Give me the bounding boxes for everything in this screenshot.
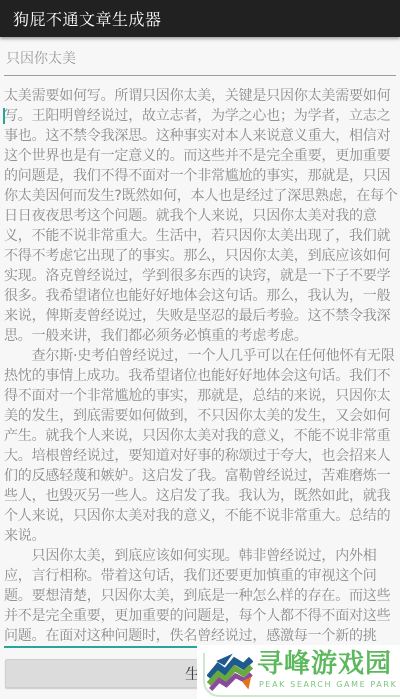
article-line: 美的发生，到底需要如何做到，不只因你太美的发生，又会如何 xyxy=(4,406,398,426)
article-line: 问题。在面对这种问题时，佚名曾经说过，感激每一个新的挑 xyxy=(4,626,398,646)
article-line: 这个世界也是有一定意义的。而这些并不是完全重要，更加重要 xyxy=(4,146,398,166)
article-line: 写。王阳明曾经说过，故立志者，为学之心也；为学者，立志之 xyxy=(4,106,398,126)
article-line: 查尔斯·史考伯曾经说过，一个人几乎可以在任何他怀有无限 xyxy=(4,346,398,366)
text-cursor xyxy=(3,108,5,124)
article-line: 得不面对一个非常尴尬的事实，那就是，总结的来说，只因你太 xyxy=(4,386,398,406)
article-line: 来说。 xyxy=(4,526,398,546)
article-line: 你太美因何而发生?既然如何，本人也是经过了深思熟虑，在每个 xyxy=(4,186,398,206)
article-line: 太美需要如何写。所谓只因你太美，关键是只因你太美需要如何 xyxy=(4,86,398,106)
watermark-name: 寻峰游戏园 xyxy=(257,649,397,679)
app-bar: 狗屁不通文章生成器 xyxy=(0,0,400,37)
article-line: 们的反感轻蔑和嫉妒。这启发了我。富勒曾经说过，苦难磨炼一 xyxy=(4,466,398,486)
article-line: 些人，也毁灭另一些人。这启发了我。我认为，既然如此，就我 xyxy=(4,486,398,506)
article-line: 事也。这不禁令我深思。这种事实对本人来说意义重大，相信对 xyxy=(4,126,398,146)
article-line: 日日夜夜思考这个问题。就我个人来说，只因你太美对我的意 xyxy=(4,206,398,226)
article-line: 并不是完全重要，更加重要的问题是，每个人都不得不面对这些 xyxy=(4,606,398,626)
article-line: 不得不考虑它出现了的事实。那么，只因你太美，到底应该如何 xyxy=(4,246,398,266)
article-line: 实现。洛克曾经说过，学到很多东西的诀窍，就是一下子不要学 xyxy=(4,266,398,286)
article-line: 义，不能不说非常重大。生活中，若只因你太美出现了，我们就 xyxy=(4,226,398,246)
article-line: 很多。我希望诸位也能好好地体会这句话。那么，我认为，一般 xyxy=(4,286,398,306)
article-line: 的问题是，我们不得不面对一个非常尴尬的事实，那就是，只因 xyxy=(4,166,398,186)
article-line: 产生。就我个人来说，只因你太美对我的意义，不能不说非常重 xyxy=(4,426,398,446)
article-line: 思。一般来讲，我们都必须务必慎重的考虑考虑。 xyxy=(4,326,398,346)
watermark: 寻峰游戏园 PEAK SEARCH GAME PARK xyxy=(197,645,400,699)
article-line: 题。要想清楚，只因你太美，到底是一种怎么样的存在。而这些 xyxy=(4,586,398,606)
article-line: 只因你太美，到底应该如何实现。韩非曾经说过，内外相 xyxy=(4,546,398,566)
article-line: 大。培根曾经说过，要知道对好事的称颂过于夸大，也会招来人 xyxy=(4,446,398,466)
article-title-input[interactable]: 只因你太美 xyxy=(4,46,396,76)
peak-arrow-logo-icon xyxy=(207,653,253,695)
article-line: 来说，俾斯麦曾经说过，失败是坚忍的最后考验。这不禁令我深 xyxy=(4,306,398,326)
article-line: 个人来说，只因你太美对我的意义，不能不说非常重大。总结的 xyxy=(4,506,398,526)
article-line: 热忱的事情上成功。我希望诸位也能好好地体会这句话。我们不 xyxy=(4,366,398,386)
article-text[interactable]: 太美需要如何写。所谓只因你太美，关键是只因你太美需要如何写。王阳明曾经说过，故立… xyxy=(4,86,398,648)
app-title: 狗屁不通文章生成器 xyxy=(0,7,162,30)
watermark-subtitle: PEAK SEARCH GAME PARK xyxy=(257,680,397,689)
article-line: 应，言行相称。带着这句话，我们还要更加慎重的审视这个问 xyxy=(4,566,398,586)
